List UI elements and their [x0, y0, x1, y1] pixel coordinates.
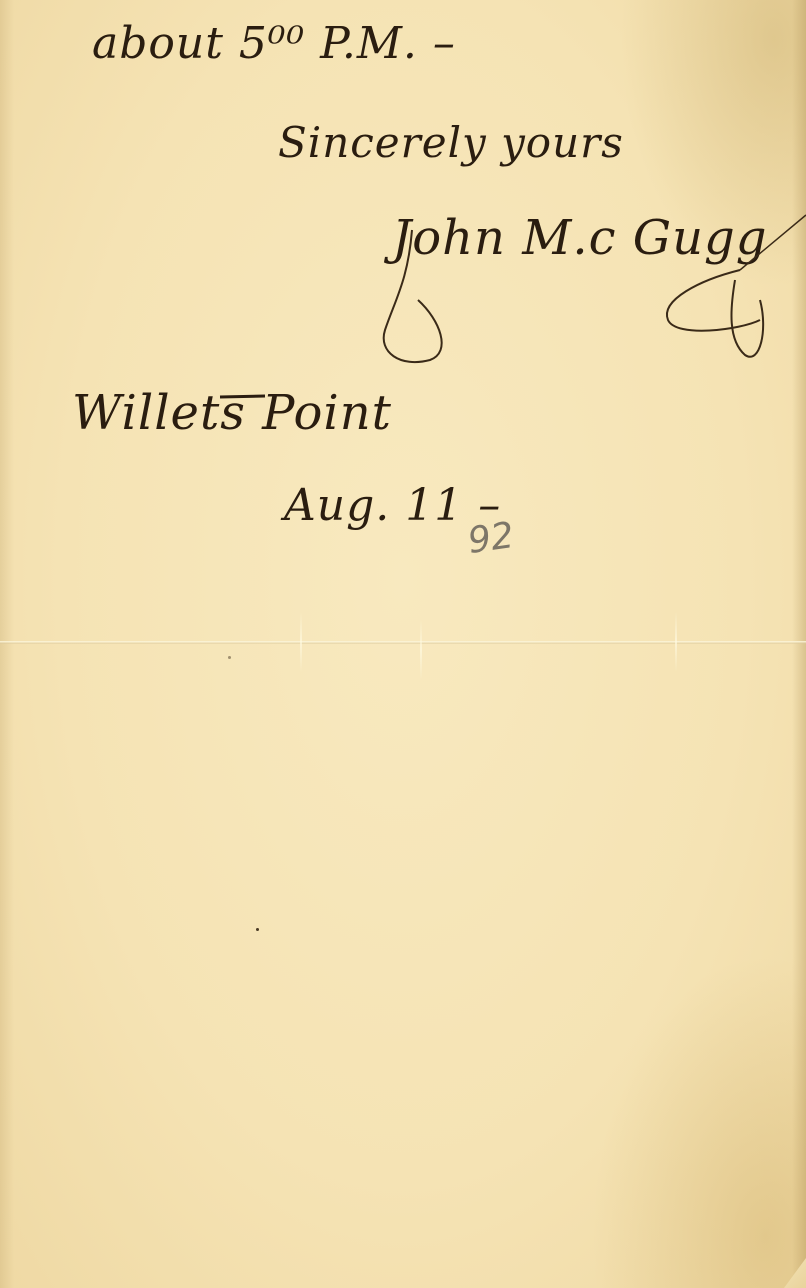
time-line-text: about 5⁰⁰ P.M. – [92, 18, 456, 69]
paper-edge-left [0, 0, 14, 1288]
fold-crease [675, 612, 677, 672]
letter-page: about 5⁰⁰ P.M. – Sincerely yours John M.… [0, 0, 806, 1288]
paper-speck [228, 656, 231, 659]
horizontal-fold-line [0, 641, 806, 644]
place-text: Willets Point [72, 385, 392, 441]
paper-speck [256, 928, 259, 931]
paper-edge-right [792, 0, 806, 1288]
fold-crease [420, 620, 422, 680]
year-pencil-annotation: 92 [465, 515, 516, 562]
closing-text: Sincerely yours [278, 118, 624, 167]
signature: John M.c Gugg [392, 210, 767, 266]
signature-flourish-icon [0, 0, 806, 1288]
fold-crease [300, 612, 302, 672]
